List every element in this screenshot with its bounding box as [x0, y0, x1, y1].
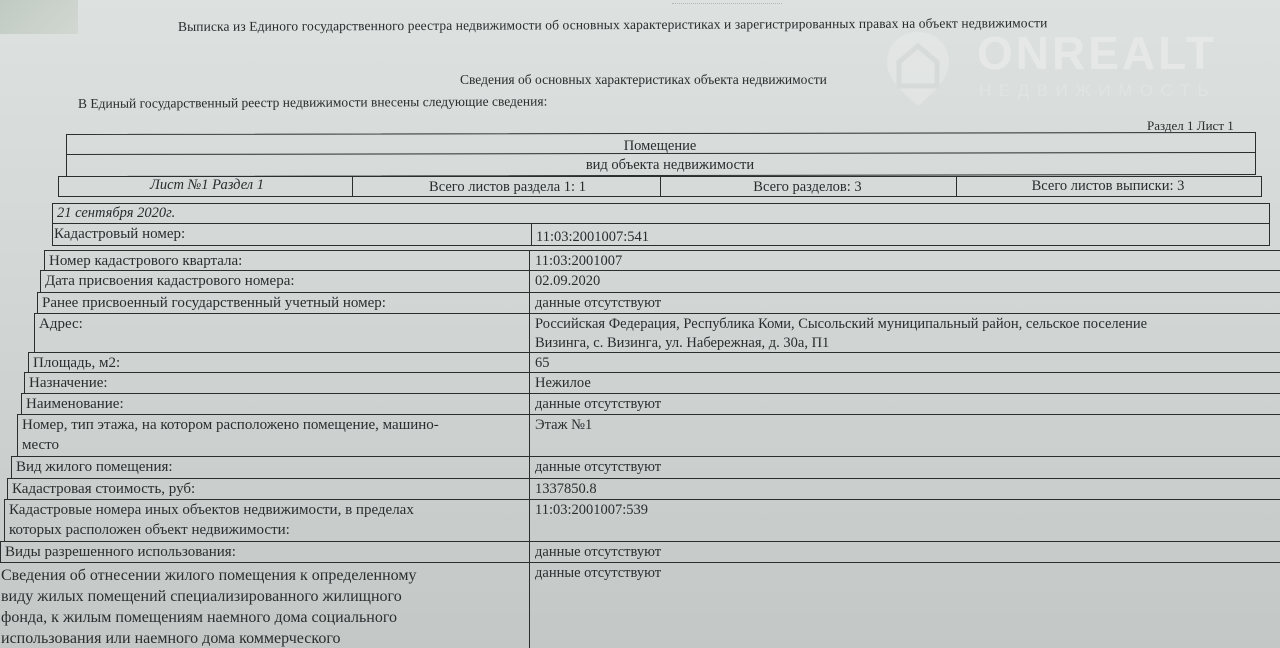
- table-row: [24, 372, 1280, 393]
- row-label: Наименование:: [26, 396, 124, 413]
- row-label: которых расположен объект недвижимости:: [9, 522, 290, 539]
- row-value: Российская Федерация, Республика Коми, С…: [535, 317, 1147, 333]
- sheet-info-cell: Всего разделов: 3: [660, 180, 955, 196]
- faint-header-text: [672, 0, 782, 4]
- column-divider: [529, 372, 530, 393]
- row-value: данные отсутствуют: [535, 460, 661, 476]
- row-label: Номер, тип этажа, на котором расположено…: [22, 417, 439, 434]
- column-divider: [529, 313, 530, 352]
- column-divider: [529, 541, 530, 562]
- column-divider: [529, 456, 530, 478]
- house-pin-icon: [885, 28, 951, 108]
- sheet-info-cell: Всего листов раздела 1: 1: [355, 180, 660, 196]
- table-row: [7, 478, 1280, 499]
- row-label: Кадастровая стоимость, руб:: [12, 481, 195, 498]
- row-value: данные отсутствуют: [535, 545, 661, 561]
- column-divider: [529, 270, 530, 292]
- document-page: ONREALT НЕДВИЖИМОСТЬ Выписка из Единого …: [0, 0, 1280, 648]
- column-divider: [529, 414, 530, 456]
- watermark-subtitle: НЕДВИЖИМОСТЬ: [979, 82, 1216, 99]
- row-label: использования или наемного дома коммерче…: [1, 628, 341, 648]
- row-value: 11:03:2001007: [535, 254, 622, 270]
- row-value: данные отсутствуют: [535, 566, 661, 582]
- cadastral-number-label: Кадастровый номер:: [54, 226, 185, 243]
- date-cadastral-box: [52, 203, 1270, 246]
- intro-text: В Единый государственный реестр недвижим…: [78, 94, 547, 112]
- object-type-value: Помещение: [560, 139, 760, 155]
- document-title: Выписка из Единого государственного реес…: [178, 15, 1047, 35]
- row-value: Нежилое: [535, 376, 591, 392]
- extract-date: 21 сентября 2020г.: [57, 206, 175, 222]
- row-value: 02.09.2020: [535, 274, 600, 290]
- row-label: Кадастровые номера иных объектов недвижи…: [9, 502, 414, 519]
- watermark-brand: ONREALT: [977, 30, 1217, 76]
- row-label: Ранее присвоенный государственный учетны…: [42, 295, 386, 312]
- row-label: Номер кадастрового квартала:: [49, 253, 242, 270]
- row-value: данные отсутствуют: [535, 397, 661, 413]
- row-value: 11:03:2001007:539: [535, 503, 648, 519]
- column-divider: [529, 352, 530, 372]
- column-divider: [529, 393, 530, 414]
- column-divider: [529, 499, 530, 541]
- row-label: фонда, к жилым помещениям наемного дома …: [1, 607, 397, 628]
- row-label: Назначение:: [29, 375, 108, 392]
- section-title: Сведения об основных характеристиках объ…: [460, 72, 827, 88]
- sheet-info-cell: Лист №1 Раздел 1: [62, 178, 352, 194]
- object-type-caption: вид объекта недвижимости: [530, 158, 810, 174]
- watermark: ONREALT НЕДВИЖИМОСТЬ: [885, 28, 1255, 108]
- paper-corner-shadow: [0, 0, 78, 34]
- row-label: виду жилых помещений специализированного…: [1, 586, 402, 607]
- row-value: 1337850.8: [535, 482, 597, 498]
- row-value: Этаж №1: [535, 418, 592, 434]
- row-value: данные отсутствуют: [535, 296, 661, 312]
- row-label: Виды разрешенного использования:: [5, 544, 236, 561]
- row-label: Площадь, м2:: [33, 355, 120, 372]
- column-divider: [529, 250, 530, 270]
- column-divider: [529, 478, 530, 499]
- row-label: место: [22, 437, 59, 454]
- column-divider: [529, 562, 530, 648]
- column-divider: [529, 292, 530, 313]
- cadastral-number-value: 11:03:2001007:541: [536, 230, 649, 246]
- row-label: Адрес:: [39, 316, 83, 333]
- table-row: [28, 352, 1280, 372]
- sheet-info-cell: Всего листов выписки: 3: [958, 179, 1258, 195]
- row-value: Визинга, с. Визинга, ул. Набережная, д. …: [535, 336, 829, 352]
- row-label: Сведения об отнесении жилого помещения к…: [1, 565, 416, 586]
- row-label: Вид жилого помещения:: [16, 459, 173, 476]
- row-value: 65: [535, 356, 550, 372]
- row-label: Дата присвоения кадастрового номера:: [45, 273, 295, 290]
